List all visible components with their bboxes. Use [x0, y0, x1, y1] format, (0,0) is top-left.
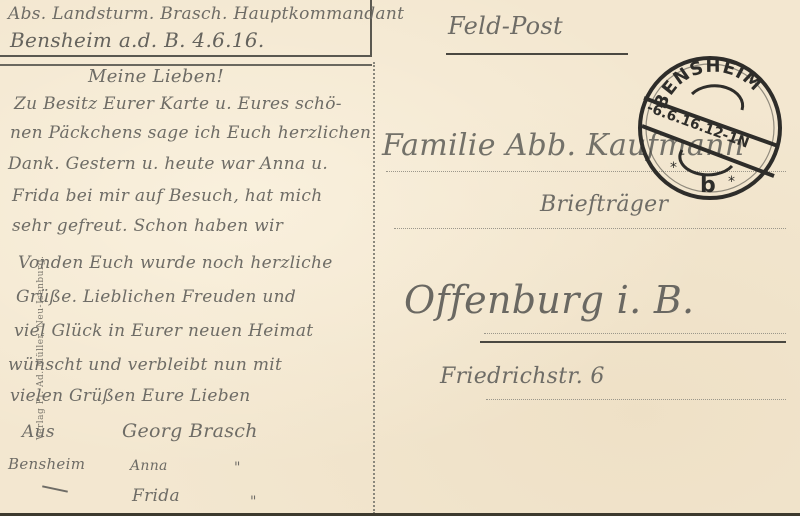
address-dotline-4 [486, 399, 786, 400]
message-line: viel Glück in Eurer neuen Heimat [14, 321, 313, 341]
signature-left-2: Bensheim [8, 455, 85, 473]
message-line: Frida bei mir auf Besuch, hat mich [12, 186, 322, 206]
message-line: wünscht und verbleibt nun mit [8, 355, 282, 375]
message-line: Zu Besitz Eurer Karte u. Eures schö- [14, 94, 342, 114]
publisher-imprint: Verlag Fr. Ad. Müller, Neu-Isenburg. [36, 256, 46, 440]
message-line: sehr gefreut. Schon haben wir [12, 216, 283, 236]
svg-text:b: b [700, 173, 716, 198]
address-dotline-3 [484, 333, 786, 334]
signature-name-2: Anna [130, 458, 168, 474]
signature-name-3: Frida [132, 486, 180, 506]
feldpost-underline [446, 53, 628, 55]
signature-name-1: Georg Brasch [122, 420, 258, 442]
postcard-back: Abs. Landsturm. Brasch. Hauptkommandant … [0, 0, 800, 516]
ditto-mark: " [234, 460, 241, 476]
message-line: Dank. Gestern u. heute war Anna u. [8, 154, 328, 174]
address-line-4: Friedrichstr. 6 [440, 364, 605, 389]
svg-text:*: * [728, 174, 735, 190]
feldpost-label: Feld-Post [448, 12, 563, 40]
message-salutation: Meine Lieben! [88, 66, 224, 87]
sender-line-2: Bensheim a.d. B. 4.6.16. [10, 28, 265, 52]
svg-text:-6.6.16.12-1N: -6.6.16.12-1N [645, 100, 751, 152]
address-underline [480, 341, 786, 343]
message-line: nen Päckchens sage ich Euch herzlichen [10, 123, 371, 143]
svg-text:BENSHEIM: BENSHEIM [650, 56, 766, 112]
sender-line-1: Abs. Landsturm. Brasch. Hauptkommandant [8, 4, 404, 24]
message-line: Grüße. Lieblichen Freuden und [16, 287, 296, 307]
ditto-mark: " [250, 494, 257, 510]
message-line: Vonden Euch wurde noch herzliche [18, 253, 333, 273]
postmark-icon: BENSHEIM -6.6.16.12-1N b * * [636, 54, 784, 202]
svg-text:*: * [670, 160, 677, 176]
address-dotline-2 [394, 228, 786, 229]
address-line-3: Offenburg i. B. [404, 278, 694, 322]
center-divider [373, 62, 375, 514]
signature-dash [42, 485, 68, 492]
postmark-stamp: BENSHEIM -6.6.16.12-1N b * * [636, 54, 784, 202]
message-line: vielen Grüßen Eure Lieben [10, 386, 251, 406]
signature-left-1: Aus [22, 422, 55, 442]
